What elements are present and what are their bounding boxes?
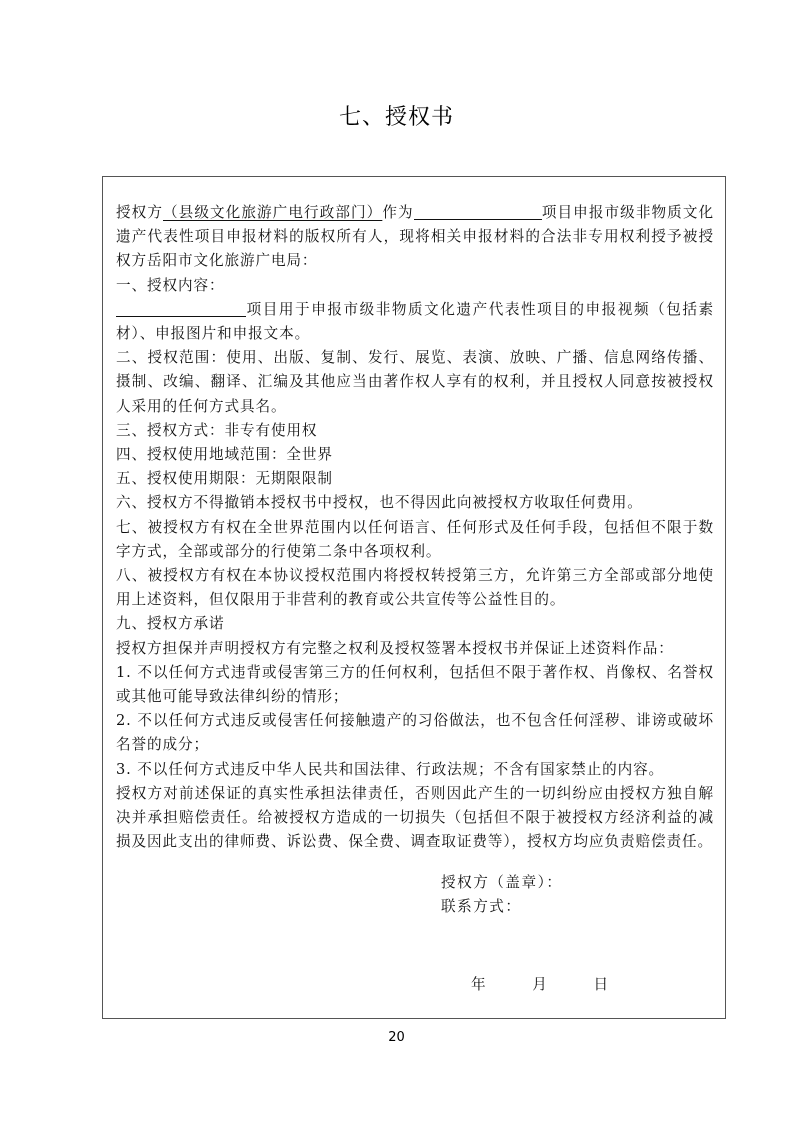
intro-paragraph: 授权方（县级文化旅游广电行政部门）作为项目申报市级非物质文化遗产代表性项目申报材… (116, 201, 714, 274)
section-8: 八、被授权方有权在本协议授权范围内将授权转授第三方，允许第三方全部或部分地使用上… (116, 564, 714, 612)
section-7: 七、被授权方有权在全世界范围内以任何语言、任何形式及任何手段，包括但不限于数字方… (116, 516, 714, 564)
section-1-body: 项目用于申报市级非物质文化遗产代表性项目的申报视频（包括素材）、申报图片和申报文… (116, 298, 714, 346)
project-name-blank[interactable] (414, 203, 542, 220)
commitment-item-2: 2. 不以任何方式违反或侵害任何接触遗产的习俗做法，也不包含任何淫秽、诽谤或破坏… (116, 709, 714, 757)
commitment-item-1: 1. 不以任何方式违背或侵害第三方的任何权利，包括但不限于著作权、肖像权、名誉权… (116, 661, 714, 709)
authorization-form-box: 授权方（县级文化旅游广电行政部门）作为项目申报市级非物质文化遗产代表性项目申报材… (102, 176, 726, 1019)
intro-mid: 作为 (382, 204, 413, 221)
seal-label: 授权方（盖章）： (441, 871, 562, 895)
date-month: 月 (532, 973, 548, 994)
section-2: 二、授权范围：使用、出版、复制、发行、展览、表演、放映、广播、信息网络传播、摄制… (116, 346, 714, 419)
section-3: 三、授权方式：非专有使用权 (116, 419, 714, 443)
contact-label: 联系方式： (441, 895, 562, 919)
date-year: 年 (471, 973, 487, 994)
signature-block: 授权方（盖章）： 联系方式： (441, 871, 562, 919)
project-name-blank-2[interactable] (116, 300, 246, 317)
liability-paragraph: 授权方对前述保证的真实性承担法律责任，否则因此产生的一切纠纷应由授权方独自解决并… (116, 782, 714, 855)
section-4: 四、授权使用地域范围：全世界 (116, 443, 714, 467)
section-9-title: 九、授权方承诺 (116, 612, 714, 636)
section-1-title: 一、授权内容： (116, 274, 714, 298)
commitment-item-3: 3. 不以任何方式违反中华人民共和国法律、行政法规；不含有国家禁止的内容。 (116, 758, 714, 782)
page-number: 20 (0, 1030, 793, 1045)
section-9-intro: 授权方担保并声明授权方有完整之权利及授权签署本授权书并保证上述资料作品： (116, 637, 714, 661)
section-6: 六、授权方不得撤销本授权书中授权，也不得因此向被授权方收取任何费用。 (116, 491, 714, 515)
date-line: 年 月 日 (471, 973, 649, 994)
intro-prefix: 授权方 (116, 204, 163, 221)
page-title: 七、授权书 (0, 100, 793, 131)
date-day: 日 (594, 973, 610, 994)
authorization-body: 授权方（县级文化旅游广电行政部门）作为项目申报市级非物质文化遗产代表性项目申报材… (116, 201, 714, 854)
grantor-name-underlined: （县级文化旅游广电行政部门） (163, 204, 382, 221)
section-5: 五、授权使用期限：无期限限制 (116, 467, 714, 491)
